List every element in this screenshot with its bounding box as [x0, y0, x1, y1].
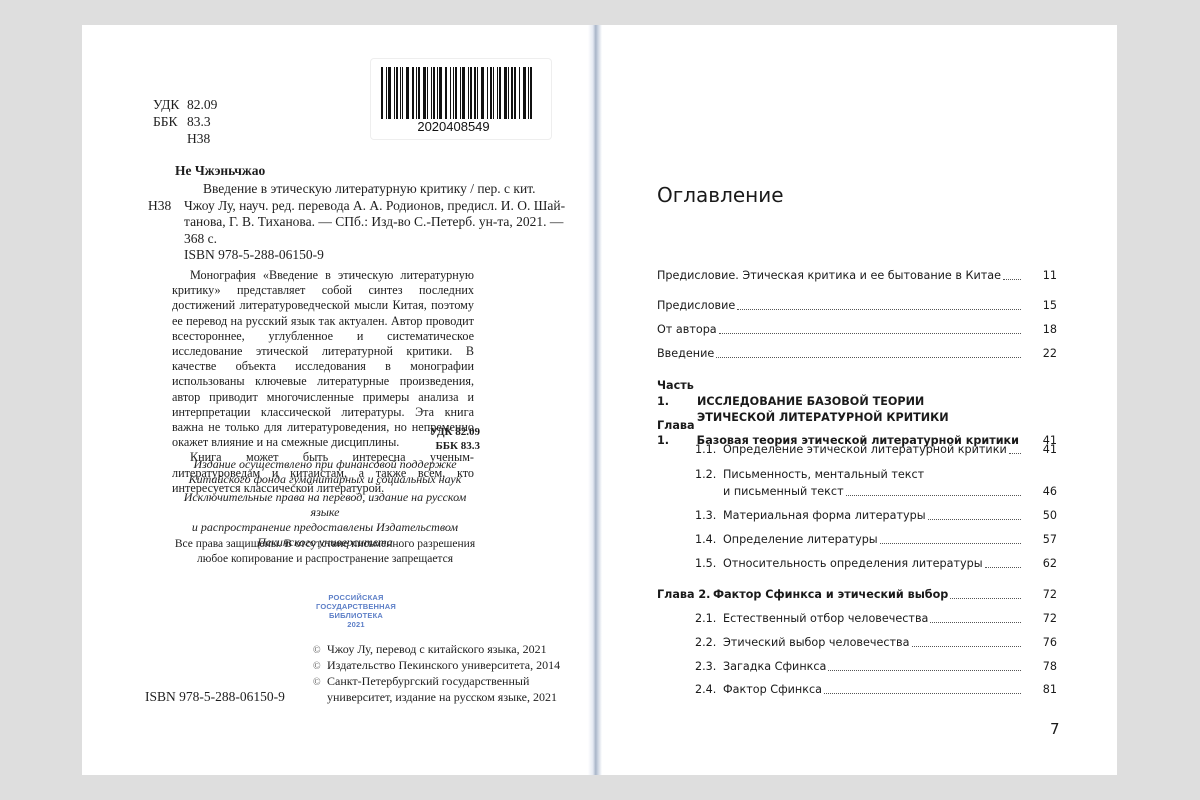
dot-leader	[930, 621, 1021, 623]
dot-leader	[912, 645, 1021, 647]
copyright-item: ©Санкт-Петербургский государственный	[313, 674, 529, 690]
book-spine	[588, 25, 602, 775]
udk-line: УДК82.09	[153, 97, 217, 113]
toc-entry-title: Относительность определения литературы	[723, 556, 983, 571]
toc-entry: 2.1.Естественный отбор человечества72	[695, 611, 1057, 626]
entry-line-3: танова, Г. В. Тиханова. — СПб.: Изд-во С…	[184, 214, 563, 230]
toc-entry-number: 2.4.	[695, 682, 723, 697]
toc-page-number: 78	[1023, 659, 1057, 674]
toc-entry: 1.4.Определение литературы57	[695, 532, 1057, 547]
barcode-number: 2020408549	[371, 119, 536, 134]
toc-entry-title: Фактор Сфинкса	[723, 682, 822, 697]
author-name: Не Чжэньчжао	[175, 163, 265, 179]
toc-entry-title: Фактор Сфинкса и этический выбор	[713, 587, 948, 602]
author-mark: Н38	[187, 131, 210, 147]
dot-leader	[1009, 452, 1021, 454]
copyright-icon: ©	[313, 675, 327, 690]
toc-entry-title: Определение литературы	[723, 532, 878, 547]
toc-entry: Предисловие. Этическая критика и ее быто…	[657, 268, 1057, 283]
dot-leader	[1003, 278, 1021, 280]
toc-page-number: 81	[1023, 682, 1057, 697]
reserved-note: Все права защищены. В отсутствие письмен…	[170, 537, 480, 567]
bbk-line: ББК83.3	[153, 114, 211, 130]
dot-leader	[716, 356, 1021, 358]
dot-leader	[985, 566, 1021, 568]
toc-entry: Глава 2.Фактор Сфинкса и этический выбор…	[657, 587, 1057, 602]
toc-entry-number: 2.1.	[695, 611, 723, 626]
toc-entry: От автора18	[657, 322, 1057, 337]
toc-entry-number: 1.4.	[695, 532, 723, 547]
page-title: Оглавление	[657, 183, 784, 207]
toc-page-number: 15	[1023, 298, 1057, 313]
toc-entry: и письменный текст46	[695, 484, 1057, 499]
toc-entry-number: Глава 2.	[657, 587, 713, 602]
toc-entry-title: и письменный текст	[723, 484, 844, 499]
dot-leader	[950, 597, 1021, 599]
toc-page-number: 11	[1023, 268, 1057, 283]
toc-entry-title: Предисловие. Этическая критика и ее быто…	[657, 268, 1001, 283]
dot-leader	[824, 692, 1021, 694]
toc-entry-title-line1: 1.2.Письменность, ментальный текст	[723, 468, 924, 481]
toc-entry: 2.4.Фактор Сфинкса81	[695, 682, 1057, 697]
entry-line-1: Введение в этическую литературную критик…	[203, 181, 535, 197]
dot-leader	[737, 308, 1021, 310]
copyright-item: ©Издательство Пекинского университета, 2…	[313, 658, 560, 674]
page-number: 7	[1050, 720, 1060, 738]
toc-entry-number: 2.2.	[695, 635, 723, 650]
barcode-sticker: 2020408549	[370, 58, 552, 140]
toc-entry: 1.5.Относительность определения литерату…	[695, 556, 1057, 571]
dot-leader	[719, 332, 1021, 334]
entry-mark: Н38	[148, 198, 171, 214]
dot-leader	[928, 518, 1021, 520]
toc-entry-title: Загадка Сфинкса	[723, 659, 826, 674]
toc-page-number: 18	[1023, 322, 1057, 337]
funding-note: Издание осуществлено при финансовой подд…	[170, 457, 480, 487]
annotation-paragraph: Монография «Введение в этическую литерат…	[172, 268, 474, 450]
toc-entry-number: 1.3.	[695, 508, 723, 523]
toc-page-number: 50	[1023, 508, 1057, 523]
copyright-icon: ©	[313, 643, 327, 658]
entry-line-2: Чжоу Лу, науч. ред. перевода А. А. Родио…	[184, 198, 565, 214]
toc-entry-number: Глава 1.	[657, 418, 697, 448]
dot-leader	[846, 494, 1021, 496]
toc-entry: 1.3.Материальная форма литературы50	[695, 508, 1057, 523]
isbn-bottom: ISBN 978-5-288-06150-9	[145, 689, 285, 705]
toc-entry-title: Предисловие	[657, 298, 735, 313]
toc-entry-title: Этический выбор человечества	[723, 635, 910, 650]
toc-entry-title: Естественный отбор человечества	[723, 611, 928, 626]
toc-entry: Предисловие15	[657, 298, 1057, 313]
toc-page-number: 72	[1023, 587, 1057, 602]
copyright-item: ©Чжоу Лу, перевод с китайского языка, 20…	[313, 642, 547, 658]
toc-page-number: 76	[1023, 635, 1057, 650]
toc-entry-title: Материальная форма литературы	[723, 508, 926, 523]
copyright-icon: ©	[313, 659, 327, 674]
toc-page-number: 57	[1023, 532, 1057, 547]
toc-entry-number: 1.5.	[695, 556, 723, 571]
toc-page-number: 46	[1023, 484, 1057, 499]
toc-entry-title: Определение этической литературной крити…	[723, 442, 1007, 457]
bbk-bottom: ББК 83.3	[430, 438, 480, 454]
dot-leader	[880, 542, 1021, 544]
entry-line-4: 368 с.	[184, 231, 217, 247]
toc-page-number: 62	[1023, 556, 1057, 571]
toc-page-number: 41	[1023, 442, 1057, 457]
toc-entry: 2.3.Загадка Сфинкса78	[695, 659, 1057, 674]
toc-entry-title: От автора	[657, 322, 717, 337]
entry-isbn: ISBN 978-5-288-06150-9	[184, 247, 324, 263]
toc-entry-number: 1.1.	[695, 442, 723, 457]
toc-page-number: 22	[1023, 346, 1057, 361]
toc-entry: 1.1.Определение этической литературной к…	[695, 442, 1057, 457]
copyright-item-cont: университет, издание на русском языке, 2…	[327, 690, 557, 705]
toc-entry: 2.2.Этический выбор человечества76	[695, 635, 1057, 650]
dot-leader	[828, 669, 1021, 671]
toc-entry-title: Введение	[657, 346, 714, 361]
toc-entry: Введение22	[657, 346, 1057, 361]
toc-page-number: 72	[1023, 611, 1057, 626]
toc-entry-number: 2.3.	[695, 659, 723, 674]
library-stamp: РОССИЙСКАЯ ГОСУДАРСТВЕННАЯ БИБЛИОТЕКА 20…	[308, 593, 404, 629]
barcode-icon	[381, 67, 536, 119]
